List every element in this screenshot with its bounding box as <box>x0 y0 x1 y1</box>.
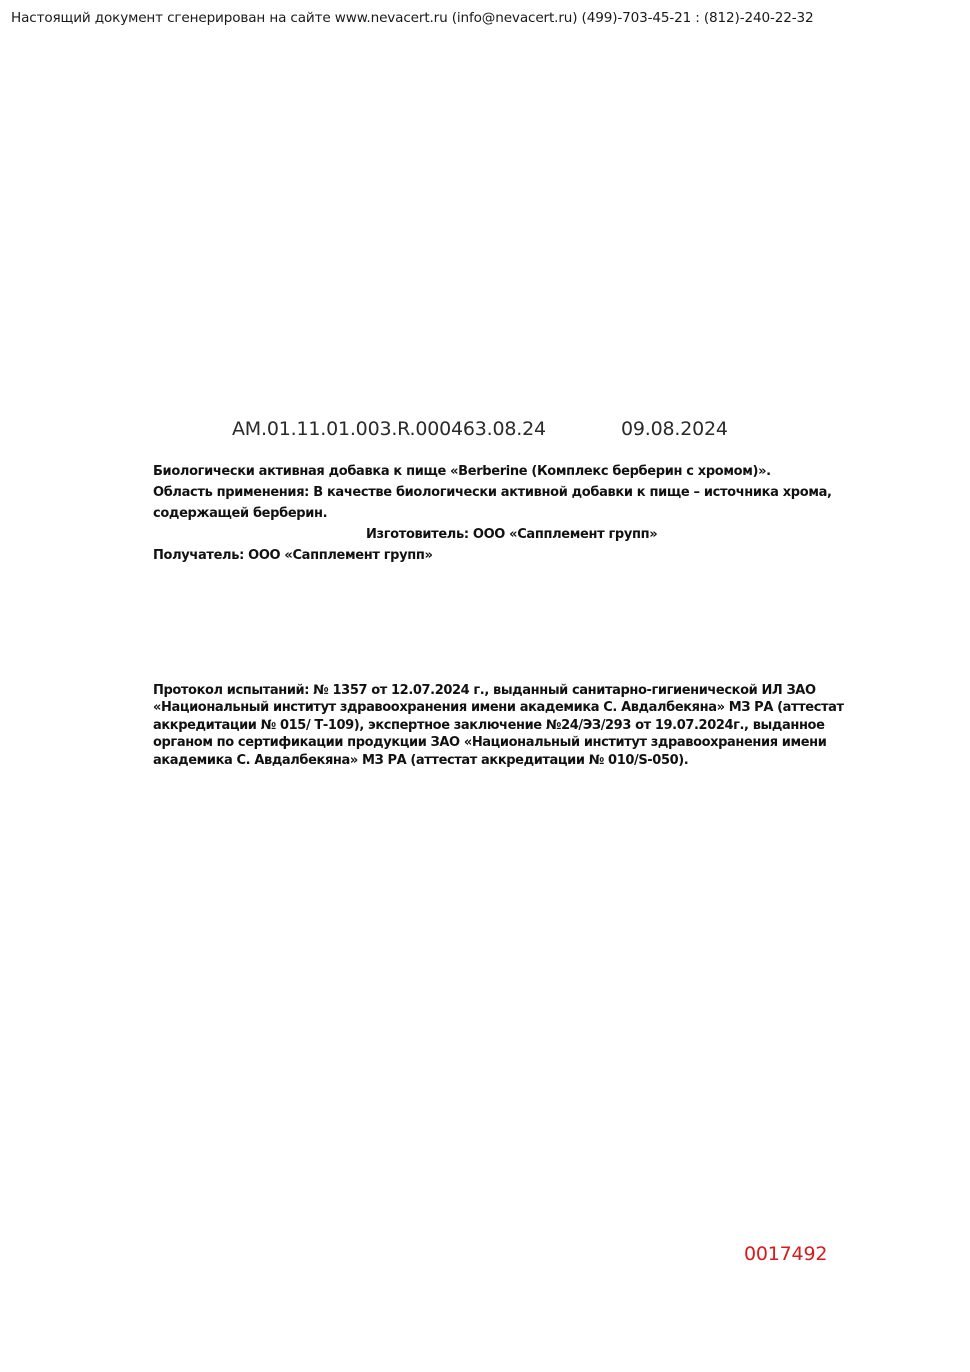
product-description: Биологически активная добавка к пище «Be… <box>153 464 771 479</box>
product-scope-line-2: содержащей берберин. <box>153 506 327 521</box>
protocol-line: органом по сертификации продукции ЗАО «Н… <box>153 734 833 751</box>
manufacturer: Изготовитель: ООО «Сапплемент групп» <box>366 527 657 542</box>
protocol-line: аккредитации № 015/ Т-109), экспертное з… <box>153 717 833 734</box>
protocol-line: «Национальный институт здравоохранения и… <box>153 699 833 716</box>
registration-date: 09.08.2024 <box>621 418 728 440</box>
serial-number: 0017492 <box>744 1243 827 1265</box>
product-scope-line-1: Область применения: В качестве биологиче… <box>153 485 832 500</box>
protocol-line: академика С. Авдалбекяна» МЗ РА (аттеста… <box>153 752 833 769</box>
protocol-line: Протокол испытаний: № 1357 от 12.07.2024… <box>153 682 833 699</box>
test-protocol-block: Протокол испытаний: № 1357 от 12.07.2024… <box>153 682 833 769</box>
recipient: Получатель: ООО «Сапплемент групп» <box>153 548 433 563</box>
generated-document-note: Настоящий документ сгенерирован на сайте… <box>11 10 813 26</box>
registration-number: AM.01.11.01.003.R.000463.08.24 <box>232 418 546 440</box>
